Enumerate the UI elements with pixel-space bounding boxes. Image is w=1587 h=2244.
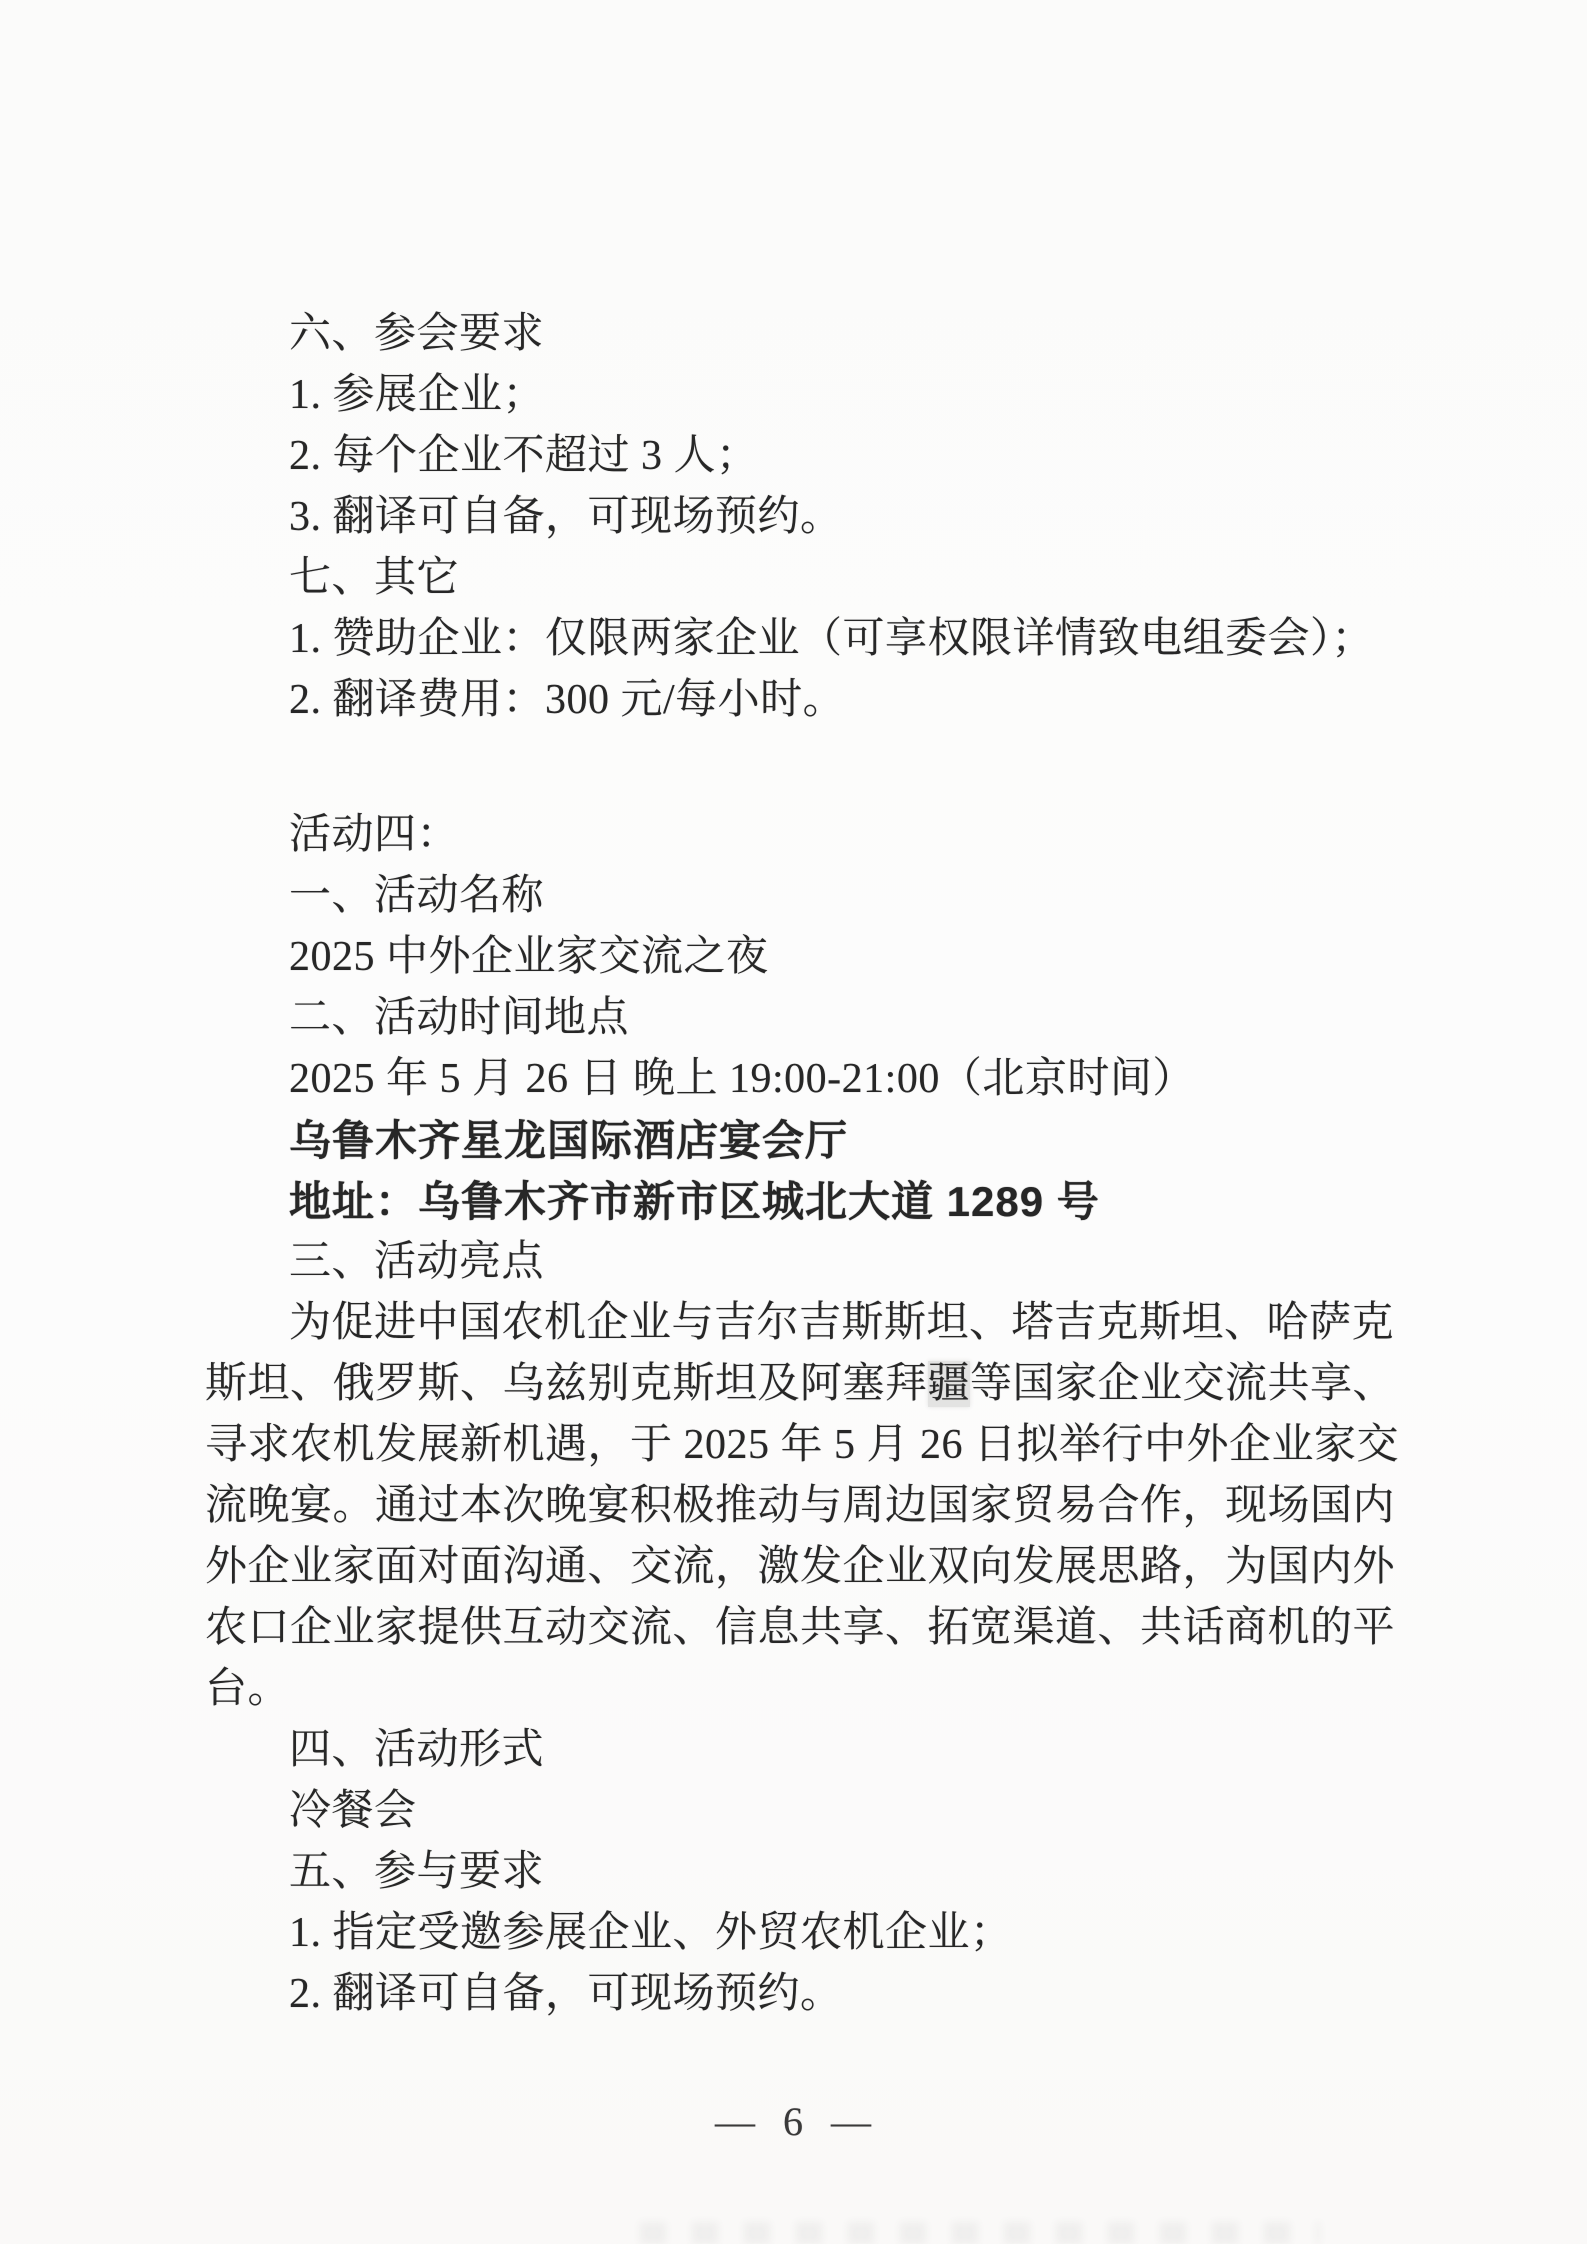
activity-four-heading-requirements: 五、参与要求 [205,1842,1395,1903]
page-bleed-artifact [640,2222,1320,2244]
highlight-paragraph-line-6: 农口企业家提供互动交流、信息共享、拓宽渠道、共话商机的平 [205,1598,1395,1659]
activity-four-format: 冷餐会 [205,1781,1395,1842]
highlight-line2-patched-glyph: 疆 [928,1361,971,1407]
activity-four-event-name: 2025 中外企业家交流之夜 [205,927,1395,988]
section-six-item-3: 3. 翻译可自备，可现场预约。 [205,487,1395,548]
activity-four-heading-format: 四、活动形式 [205,1720,1395,1781]
highlight-paragraph-line-5: 外企业家面对面沟通、交流，激发企业双向发展思路，为国内外 [205,1537,1395,1598]
highlight-paragraph-line-7: 台。 [205,1659,1395,1720]
section-seven-heading: 七、其它 [205,548,1395,609]
activity-four-item-1: 1. 指定受邀参展企业、外贸农机企业； [205,1903,1395,1964]
section-seven-item-1: 1. 赞助企业：仅限两家企业（可享权限详情致电组委会）； [205,609,1395,670]
highlight-paragraph-line-1: 为促进中国农机企业与吉尔吉斯斯坦、塔吉克斯坦、哈萨克 [205,1293,1395,1354]
section-six-heading: 六、参会要求 [205,304,1395,365]
activity-four-title: 活动四： [205,805,1395,866]
activity-four-heading-time-place: 二、活动时间地点 [205,988,1395,1049]
highlight-paragraph-line-2: 斯坦、俄罗斯、乌兹别克斯坦及阿塞拜疆等国家企业交流共享、 [205,1354,1395,1415]
scanned-document-page: 六、参会要求 1. 参展企业； 2. 每个企业不超过 3 人； 3. 翻译可自备… [0,0,1587,2244]
activity-four-heading-name: 一、活动名称 [205,866,1395,927]
activity-four-heading-highlight: 三、活动亮点 [205,1232,1395,1293]
document-body: 六、参会要求 1. 参展企业； 2. 每个企业不超过 3 人； 3. 翻译可自备… [205,304,1395,2025]
activity-four-datetime: 2025 年 5 月 26 日 晚上 19:00-21:00（北京时间） [205,1049,1395,1110]
page-number: — 6 — [0,2098,1587,2146]
highlight-line2-pre: 斯坦、俄罗斯、乌兹别克斯坦及阿塞拜 [205,1361,928,1407]
activity-four-address: 地址：乌鲁木齐市新市区城北大道 1289 号 [205,1171,1395,1232]
section-six-item-1: 1. 参展企业； [205,365,1395,426]
activity-four-venue: 乌鲁木齐星龙国际酒店宴会厅 [205,1110,1395,1171]
highlight-paragraph-line-3: 寻求农机发展新机遇，于 2025 年 5 月 26 日拟举行中外企业家交 [205,1415,1395,1476]
section-seven-item-2: 2. 翻译费用：300 元/每小时。 [205,670,1395,731]
highlight-paragraph-line-4: 流晚宴。通过本次晚宴积极推动与周边国家贸易合作，现场国内 [205,1476,1395,1537]
activity-four-item-2: 2. 翻译可自备，可现场预约。 [205,1964,1395,2025]
section-six-item-2: 2. 每个企业不超过 3 人； [205,426,1395,487]
highlight-line2-post: 等国家企业交流共享、 [970,1361,1395,1407]
